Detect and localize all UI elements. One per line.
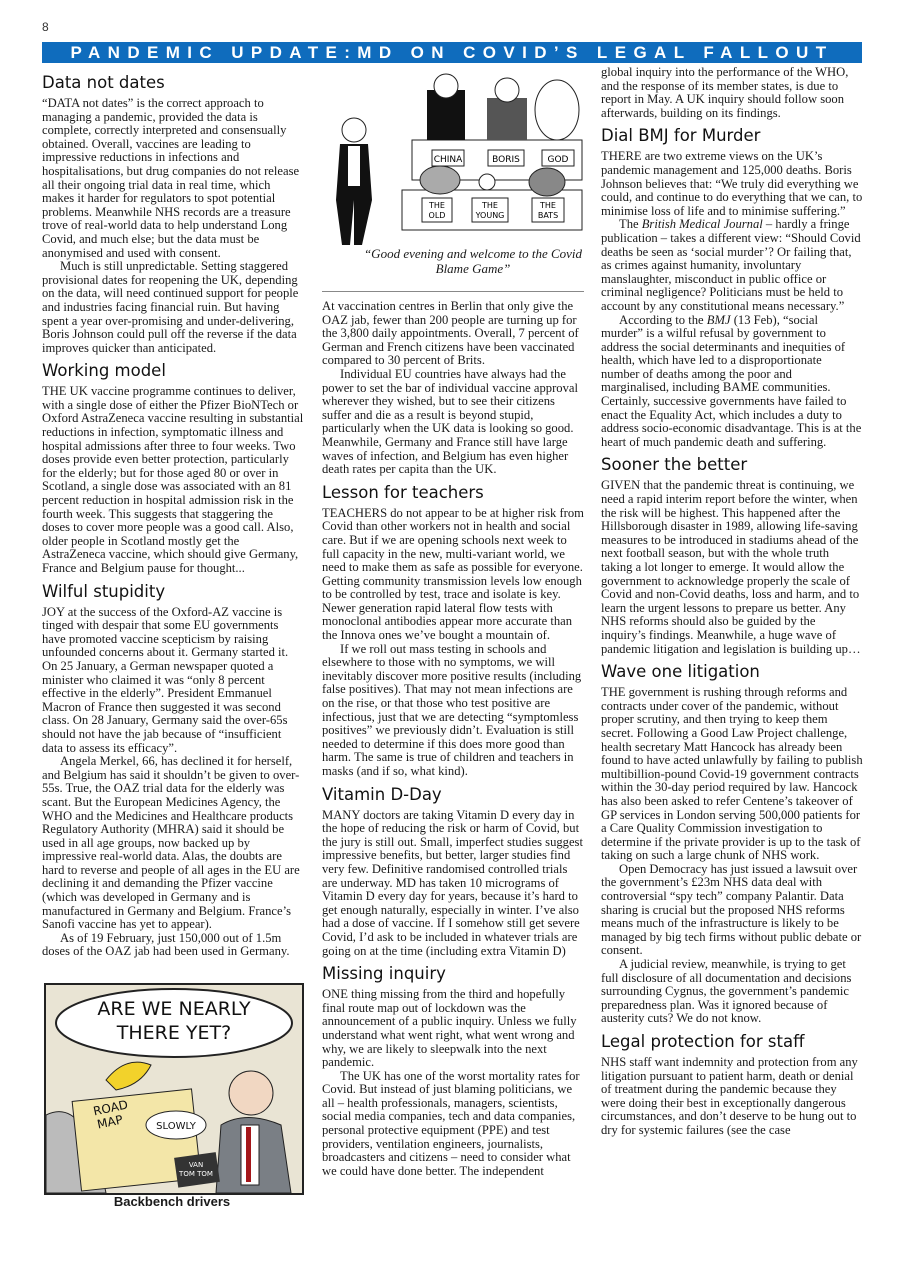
article-heading: Vitamin D-Day — [322, 785, 584, 805]
paragraph: The British Medical Journal – hardly a f… — [601, 218, 863, 313]
article-heading: Wave one litigation — [601, 662, 863, 682]
paragraph: TEACHERS do not appear to be at higher r… — [322, 507, 584, 643]
cartoon-illustration-icon: ARE WE NEARLY THERE YET? ROAD MAP SLOWLY… — [46, 985, 302, 1193]
text-run: – hardly a fringe publication – takes a … — [601, 217, 861, 313]
article-sooner-the-better: Sooner the better GIVEN that the pandemi… — [601, 455, 863, 656]
column-2: CHINA BORIS GOD THE OLD THE YOUNG THE BA… — [322, 70, 584, 1184]
text-run: According to the — [619, 313, 707, 327]
paragraph: ONE thing missing from the third and hop… — [322, 988, 584, 1070]
page-number: 8 — [42, 20, 49, 34]
article-heading: Working model — [42, 361, 304, 381]
cartoon-blame-game: CHINA BORIS GOD THE OLD THE YOUNG THE BA… — [322, 70, 584, 285]
paragraph: THE government is rushing through reform… — [601, 686, 863, 863]
article-wilful-stupidity: Wilful stupidity JOY at the success of t… — [42, 582, 304, 959]
article-heading: Data not dates — [42, 73, 304, 93]
cartoon-caption: “Good evening and welcome to the Covid B… — [362, 246, 584, 276]
svg-text:VAN: VAN — [189, 1161, 203, 1169]
paragraph: Open Democracy has just issued a lawsuit… — [601, 863, 863, 958]
cartoon-illustration-icon: CHINA BORIS GOD THE OLD THE YOUNG THE BA… — [322, 70, 584, 245]
article-heading: Missing inquiry — [322, 964, 584, 984]
paragraph: MANY doctors are taking Vitamin D every … — [322, 809, 584, 959]
article-heading: Legal protection for staff — [601, 1032, 863, 1052]
article-vitamin-d-day: Vitamin D-Day MANY doctors are taking Vi… — [322, 785, 584, 959]
article-data-not-dates: Data not dates “DATA not dates” is the c… — [42, 73, 304, 355]
article-working-model: Working model THE UK vaccine programme c… — [42, 361, 304, 575]
paragraph: JOY at the success of the Oxford-AZ vacc… — [42, 606, 304, 756]
svg-text:OLD: OLD — [429, 211, 446, 220]
article-heading: Dial BMJ for Murder — [601, 126, 863, 146]
svg-text:SLOWLY: SLOWLY — [156, 1121, 197, 1132]
paragraph: Much is still unpredictable. Setting sta… — [42, 260, 304, 355]
column-3: global inquiry into the performance of t… — [601, 66, 863, 1144]
article-missing-inquiry-continued: global inquiry into the performance of t… — [601, 66, 863, 120]
svg-text:BORIS: BORIS — [492, 155, 520, 165]
paragraph: Individual EU countries have always had … — [322, 368, 584, 477]
article-wave-one-litigation: Wave one litigation THE government is ru… — [601, 662, 863, 1026]
text-run: (13 Feb), “social murder” is a wilful re… — [601, 313, 861, 449]
svg-text:TOM TOM: TOM TOM — [178, 1170, 213, 1178]
divider — [322, 291, 584, 292]
article-heading: Wilful stupidity — [42, 582, 304, 602]
paragraph: THERE are two extreme views on the UK’s … — [601, 150, 863, 218]
column-1: Data not dates “DATA not dates” is the c… — [42, 70, 304, 965]
paragraph: According to the BMJ (13 Feb), “social m… — [601, 314, 863, 450]
section-banner: PANDEMIC UPDATE:MD ON COVID’S LEGAL FALL… — [42, 42, 862, 63]
article-missing-inquiry: Missing inquiry ONE thing missing from t… — [322, 964, 584, 1178]
paragraph: Angela Merkel, 66, has declined it for h… — [42, 755, 304, 932]
svg-text:GOD: GOD — [548, 155, 569, 165]
paragraph: If we roll out mass testing in schools a… — [322, 643, 584, 779]
journal-title: British Medical Journal — [642, 217, 763, 231]
svg-text:ARE WE NEARLY: ARE WE NEARLY — [97, 998, 251, 1020]
journal-title: BMJ — [707, 313, 731, 327]
paragraph: GIVEN that the pandemic threat is contin… — [601, 479, 863, 656]
article-dial-bmj: Dial BMJ for Murder THERE are two extrem… — [601, 126, 863, 449]
paragraph: A judicial review, meanwhile, is trying … — [601, 958, 863, 1026]
article-wilful-stupidity-continued: At vaccination centres in Berlin that on… — [322, 300, 584, 477]
cartoon-backbench-drivers: ARE WE NEARLY THERE YET? ROAD MAP SLOWLY… — [44, 983, 304, 1195]
cartoon-caption: Backbench drivers — [44, 1194, 300, 1209]
paragraph: At vaccination centres in Berlin that on… — [322, 300, 584, 368]
article-heading: Lesson for teachers — [322, 483, 584, 503]
article-legal-protection: Legal protection for staff NHS staff wan… — [601, 1032, 863, 1138]
paragraph: The UK has one of the worst mortality ra… — [322, 1070, 584, 1179]
svg-text:CHINA: CHINA — [434, 155, 463, 165]
paragraph: NHS staff want indemnity and protection … — [601, 1056, 863, 1138]
svg-text:BATS: BATS — [538, 211, 558, 220]
svg-text:YOUNG: YOUNG — [475, 211, 505, 220]
paragraph: As of 19 February, just 150,000 out of 1… — [42, 932, 304, 959]
paragraph: “DATA not dates” is the correct approach… — [42, 97, 304, 260]
svg-text:THE: THE — [428, 201, 445, 210]
svg-text:THERE YET?: THERE YET? — [116, 1022, 231, 1044]
paragraph: THE UK vaccine programme continues to de… — [42, 385, 304, 575]
article-lesson-for-teachers: Lesson for teachers TEACHERS do not appe… — [322, 483, 584, 779]
paragraph: global inquiry into the performance of t… — [601, 66, 863, 120]
svg-text:THE: THE — [481, 201, 498, 210]
text-run: The — [619, 217, 642, 231]
svg-text:THE: THE — [539, 201, 556, 210]
article-heading: Sooner the better — [601, 455, 863, 475]
